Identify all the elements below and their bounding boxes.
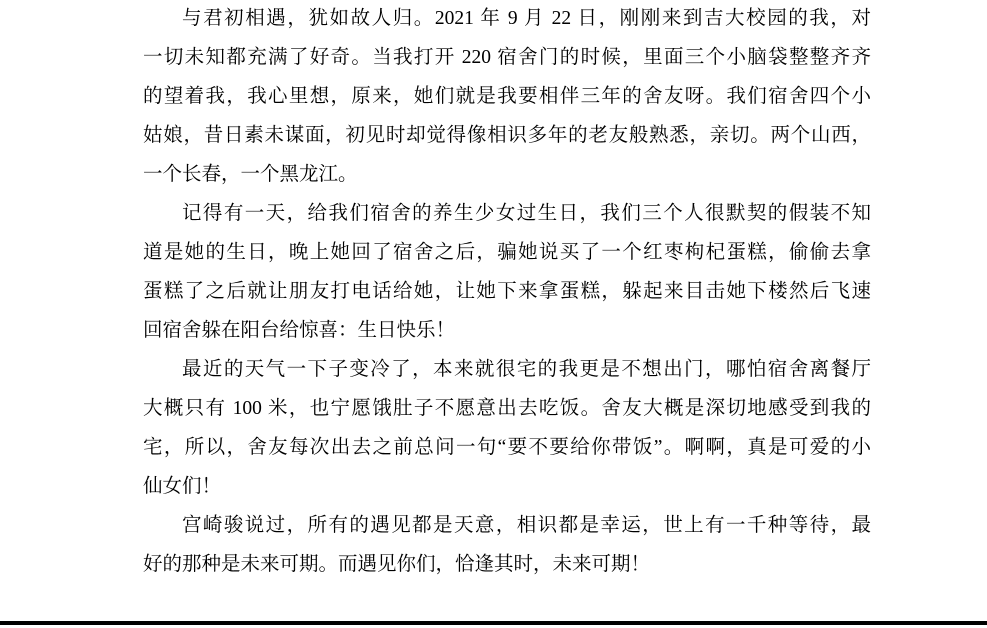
text-line: 姑娘，昔日素未谋面，初见时却觉得像相识多年的老友般熟悉，亲切。两个山西， (143, 116, 871, 155)
document-body: 与君初相遇，犹如故人归。2021 年 9 月 22 日，刚刚来到吉大校园的我，对… (143, 0, 871, 584)
text-line: 与君初相遇，犹如故人归。2021 年 9 月 22 日，刚刚来到吉大校园的我，对 (143, 0, 871, 38)
text-line: 好的那种是未来可期。而遇见你们，恰逢其时，未来可期！ (143, 545, 871, 584)
text-line: 宅，所以，舍友每次出去之前总问一句“要不要给你带饭”。啊啊，真是可爱的小 (143, 428, 871, 467)
text-line: 道是她的生日，晚上她回了宿舍之后，骗她说买了一个红枣枸杞蛋糕，偷偷去拿 (143, 233, 871, 272)
text-line: 大概只有 100 米，也宁愿饿肚子不愿意出去吃饭。舍友大概是深切地感受到我的 (143, 389, 871, 428)
text-line: 一个长春，一个黑龙江。 (143, 155, 871, 194)
document-page: 与君初相遇，犹如故人归。2021 年 9 月 22 日，刚刚来到吉大校园的我，对… (0, 0, 987, 628)
text-line: 仙女们！ (143, 467, 871, 506)
bottom-divider (0, 621, 987, 625)
page: { "document": { "language": "zh-CN", "pa… (0, 0, 987, 628)
text-line: 一切未知都充满了好奇。当我打开 220 宿舍门的时候，里面三个小脑袋整整齐齐 (143, 38, 871, 77)
text-line: 的望着我，我心里想，原来，她们就是我要相伴三年的舍友呀。我们宿舍四个小 (143, 77, 871, 116)
text-line: 回宿舍躲在阳台给惊喜：生日快乐！ (143, 311, 871, 350)
text-line: 记得有一天，给我们宿舍的养生少女过生日，我们三个人很默契的假装不知 (143, 194, 871, 233)
text-line: 最近的天气一下子变冷了，本来就很宅的我更是不想出门，哪怕宿舍离餐厅 (143, 350, 871, 389)
text-line: 蛋糕了之后就让朋友打电话给她，让她下来拿蛋糕，躲起来目击她下楼然后飞速 (143, 272, 871, 311)
text-line: 宫崎骏说过，所有的遇见都是天意，相识都是幸运，世上有一千种等待，最 (143, 506, 871, 545)
